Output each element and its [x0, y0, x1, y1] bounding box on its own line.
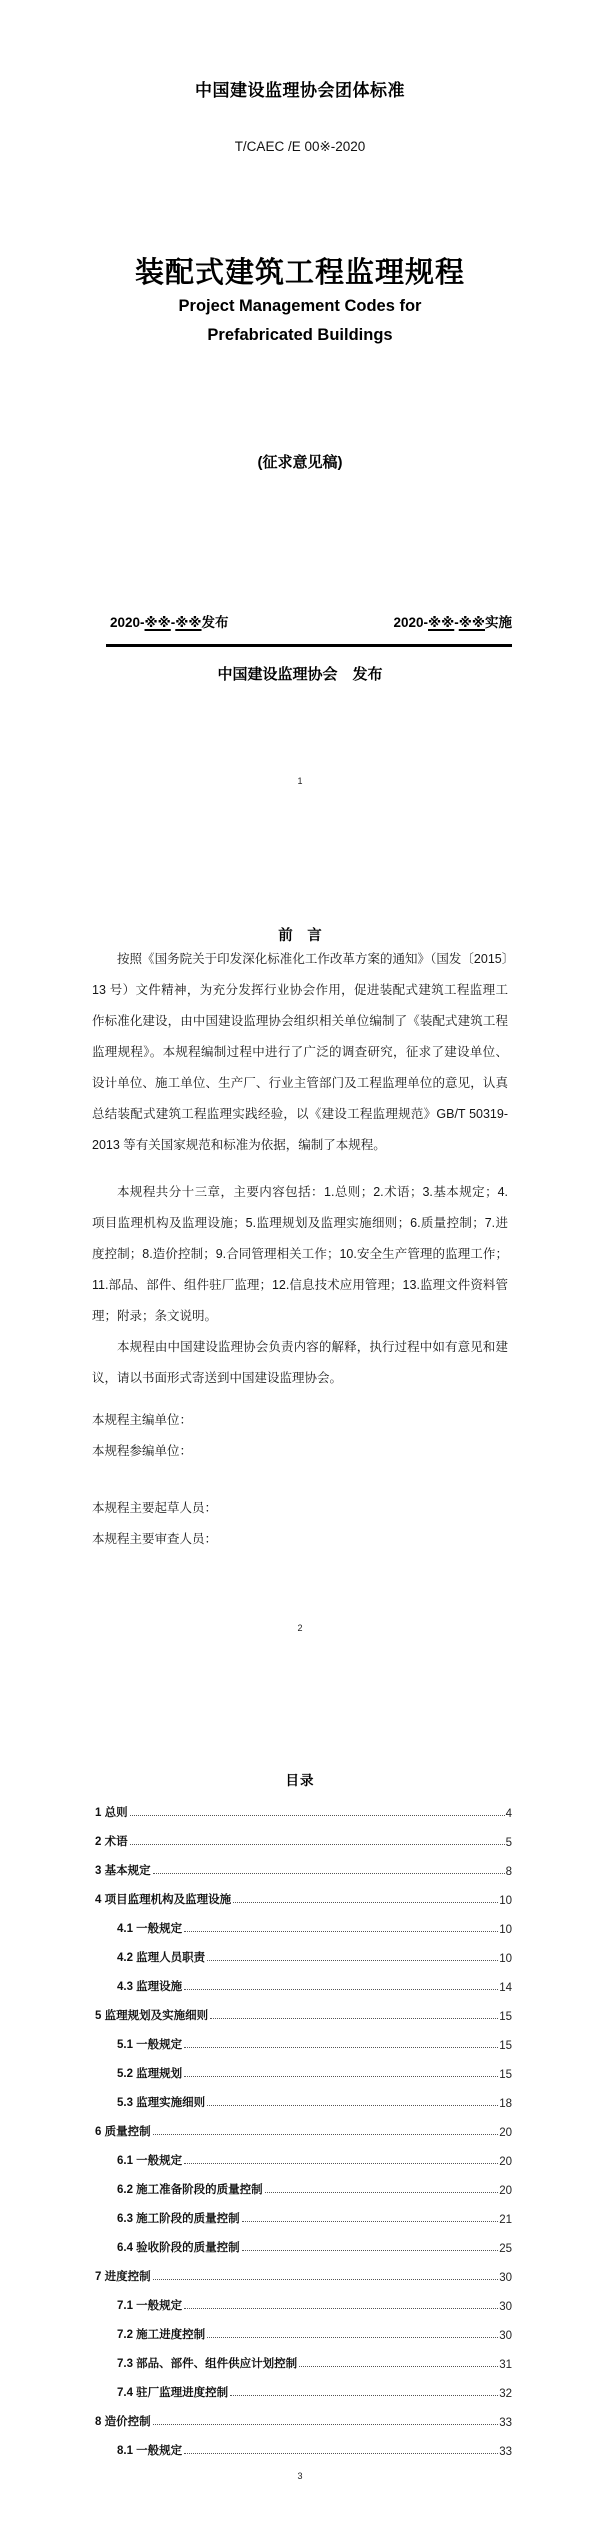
toc-entry-label: 7 进度控制	[95, 2268, 151, 2287]
toc-dot-leader	[265, 2192, 499, 2193]
document-title-en-line1: Project Management Codes for	[0, 297, 600, 316]
toc-dot-leader	[130, 1844, 505, 1845]
association-standard-label: 中国建设监理协会团体标准	[0, 76, 600, 101]
toc-dot-leader	[184, 2163, 498, 2164]
participating-unit-line: 本规程参编单位：	[92, 1436, 508, 1467]
implement-date: 2020-※※-※※实施	[393, 611, 512, 631]
toc-entry: 6.2 施工准备阶段的质量控制 20	[95, 2171, 512, 2200]
page-number-3: 3	[0, 2471, 600, 2481]
toc-entry-page: 15	[499, 2069, 512, 2084]
toc-entry: 6.4 验收阶段的质量控制 25	[95, 2229, 512, 2258]
toc-entry-page: 25	[499, 2243, 512, 2258]
toc-entry: 6 质量控制 20	[95, 2113, 512, 2142]
toc-entry-label: 4 项目监理机构及监理设施	[95, 1891, 231, 1910]
toc-entry-page: 20	[499, 2185, 512, 2200]
toc-dot-leader	[184, 1931, 498, 1932]
toc-entry-page: 5	[506, 1837, 512, 1852]
toc-entry: 3 基本规定 8	[95, 1852, 512, 1881]
foreword-body: 按照《国务院关于印发深化标准化工作改革方案的通知》（国发〔2015〕13 号）文…	[92, 944, 508, 1555]
toc-entry-label: 5.1 一般规定	[117, 2036, 182, 2055]
toc-entry: 5.1 一般规定 15	[95, 2026, 512, 2055]
toc-entry: 4.2 监理人员职责 10	[95, 1939, 512, 1968]
publish-date: 2020-※※-※※发布	[110, 611, 229, 631]
toc-dot-leader	[184, 1989, 498, 1990]
toc-dot-leader	[299, 2366, 498, 2367]
toc-entry-page: 30	[499, 2301, 512, 2316]
toc-entry-page: 10	[499, 1924, 512, 1939]
toc-entry-page: 15	[499, 2040, 512, 2055]
toc-entry-label: 7.4 驻厂监理进度控制	[117, 2384, 228, 2403]
toc-entry: 4.1 一般规定 10	[95, 1910, 512, 1939]
toc-entry: 8.1 一般规定 33	[95, 2432, 512, 2461]
toc-entry-label: 8.1 一般规定	[117, 2442, 182, 2461]
publisher-line: 中国建设监理协会 发布	[0, 663, 600, 684]
toc-entry-page: 33	[499, 2417, 512, 2432]
foreword-paragraph: 按照《国务院关于印发深化标准化工作改革方案的通知》（国发〔2015〕13 号）文…	[92, 944, 508, 1161]
page-number-1: 1	[0, 776, 600, 786]
foreword-credits: 本规程主编单位： 本规程参编单位： 本规程主要起草人员： 本规程主要审查人员：	[92, 1405, 508, 1555]
toc-entry-label: 4.3 监理设施	[117, 1978, 182, 1997]
toc-entry-page: 30	[499, 2272, 512, 2287]
toc-entry-page: 18	[499, 2098, 512, 2113]
toc-entry-label: 1 总则	[95, 1804, 128, 1823]
toc-entry-page: 15	[499, 2011, 512, 2026]
main-drafters-line: 本规程主要起草人员：	[92, 1493, 508, 1524]
page-number-2: 2	[0, 1623, 600, 1633]
draft-for-comment-note: (征求意见稿)	[0, 451, 600, 472]
foreword-paragraph: 本规程由中国建设监理协会负责内容的解释，执行过程中如有意见和建议，请以书面形式寄…	[92, 1332, 508, 1394]
toc-entry-label: 4.1 一般规定	[117, 1920, 182, 1939]
toc-dot-leader	[153, 2279, 499, 2280]
toc-entry-label: 6.2 施工准备阶段的质量控制	[117, 2181, 263, 2200]
toc-entry-label: 8 造价控制	[95, 2413, 151, 2432]
toc-dot-leader	[207, 2337, 498, 2338]
toc-entry: 5.3 监理实施细则 18	[95, 2084, 512, 2113]
toc-entry-label: 2 术语	[95, 1833, 128, 1852]
toc-entry: 1 总则 4	[95, 1794, 512, 1823]
toc-entry-page: 4	[506, 1808, 512, 1823]
toc-entry-page: 14	[499, 1982, 512, 1997]
toc-entry-label: 5 监理规划及实施细则	[95, 2007, 208, 2026]
foreword-paragraph: 本规程共分十三章，主要内容包括：1.总则；2.术语；3.基本规定；4.项目监理机…	[92, 1177, 508, 1332]
toc-dot-leader	[207, 1960, 498, 1961]
toc-entry-label: 7.3 部品、部件、组件供应计划控制	[117, 2355, 297, 2374]
toc-entry-page: 8	[506, 1866, 512, 1881]
cover-horizontal-rule	[106, 644, 512, 647]
toc-entry-label: 6 质量控制	[95, 2123, 151, 2142]
toc-entry-page: 32	[499, 2388, 512, 2403]
toc-entry: 7.3 部品、部件、组件供应计划控制 31	[95, 2345, 512, 2374]
toc-entry: 6.1 一般规定 20	[95, 2142, 512, 2171]
document-title-en-line2: Prefabricated Buildings	[0, 326, 600, 345]
toc-entry: 7.2 施工进度控制 30	[95, 2316, 512, 2345]
toc-entry-label: 7.1 一般规定	[117, 2297, 182, 2316]
toc-dot-leader	[230, 2395, 498, 2396]
toc-dot-leader	[184, 2047, 498, 2048]
toc-entry-page: 20	[499, 2156, 512, 2171]
toc-dot-leader	[153, 1873, 505, 1874]
toc-entry-page: 33	[499, 2446, 512, 2461]
toc-entry-page: 30	[499, 2330, 512, 2345]
toc-dot-leader	[153, 2424, 499, 2425]
toc-dot-leader	[184, 2453, 498, 2454]
toc-dot-leader	[153, 2134, 499, 2135]
foreword-heading: 前 言	[0, 924, 600, 945]
toc-dot-leader	[233, 1902, 498, 1903]
toc-dot-leader	[207, 2105, 498, 2106]
toc-heading: 目录	[0, 1769, 600, 1789]
toc-entry: 7.1 一般规定 30	[95, 2287, 512, 2316]
toc-entry-label: 7.2 施工进度控制	[117, 2326, 205, 2345]
date-row: 2020-※※-※※发布 2020-※※-※※实施	[110, 611, 512, 631]
toc-entry: 5 监理规划及实施细则 15	[95, 1997, 512, 2026]
toc-dot-leader	[130, 1815, 505, 1816]
toc-entry: 4 项目监理机构及监理设施 10	[95, 1881, 512, 1910]
toc-entry-label: 5.2 监理规划	[117, 2065, 182, 2084]
toc-entry-page: 31	[499, 2359, 512, 2374]
toc-entry-label: 6.3 施工阶段的质量控制	[117, 2210, 240, 2229]
toc-entry: 8 造价控制 33	[95, 2403, 512, 2432]
toc-entry: 2 术语 5	[95, 1823, 512, 1852]
toc-entry-label: 3 基本规定	[95, 1862, 151, 1881]
toc-entry: 7 进度控制 30	[95, 2258, 512, 2287]
toc-entry-page: 10	[499, 1895, 512, 1910]
toc-entry-label: 5.3 监理实施细则	[117, 2094, 205, 2113]
toc-dot-leader	[242, 2221, 499, 2222]
document-title-cn: 装配式建筑工程监理规程	[0, 250, 600, 291]
standard-number: T/CAEC /E 00※-2020	[0, 139, 600, 155]
toc-dot-leader	[184, 2308, 498, 2309]
standard-document: 中国建设监理协会团体标准 T/CAEC /E 00※-2020 装配式建筑工程监…	[0, 0, 600, 2544]
toc-entry-page: 20	[499, 2127, 512, 2142]
toc-entry: 5.2 监理规划 15	[95, 2055, 512, 2084]
toc-list: 1 总则 4 2 术语 5 3 基本规定 8 4 项目监理机构及监理设施 10 …	[95, 1794, 512, 2461]
toc-entry: 4.3 监理设施 14	[95, 1968, 512, 1997]
toc-entry: 7.4 驻厂监理进度控制 32	[95, 2374, 512, 2403]
toc-entry-label: 4.2 监理人员职责	[117, 1949, 205, 1968]
chief-editor-unit-line: 本规程主编单位：	[92, 1405, 508, 1436]
toc-entry-page: 10	[499, 1953, 512, 1968]
toc-entry-page: 21	[499, 2214, 512, 2229]
toc-dot-leader	[210, 2018, 498, 2019]
toc-entry-label: 6.4 验收阶段的质量控制	[117, 2239, 240, 2258]
toc-entry: 6.3 施工阶段的质量控制 21	[95, 2200, 512, 2229]
toc-entry-label: 6.1 一般规定	[117, 2152, 182, 2171]
toc-dot-leader	[242, 2250, 499, 2251]
toc-dot-leader	[184, 2076, 498, 2077]
main-reviewers-line: 本规程主要审查人员：	[92, 1524, 508, 1555]
